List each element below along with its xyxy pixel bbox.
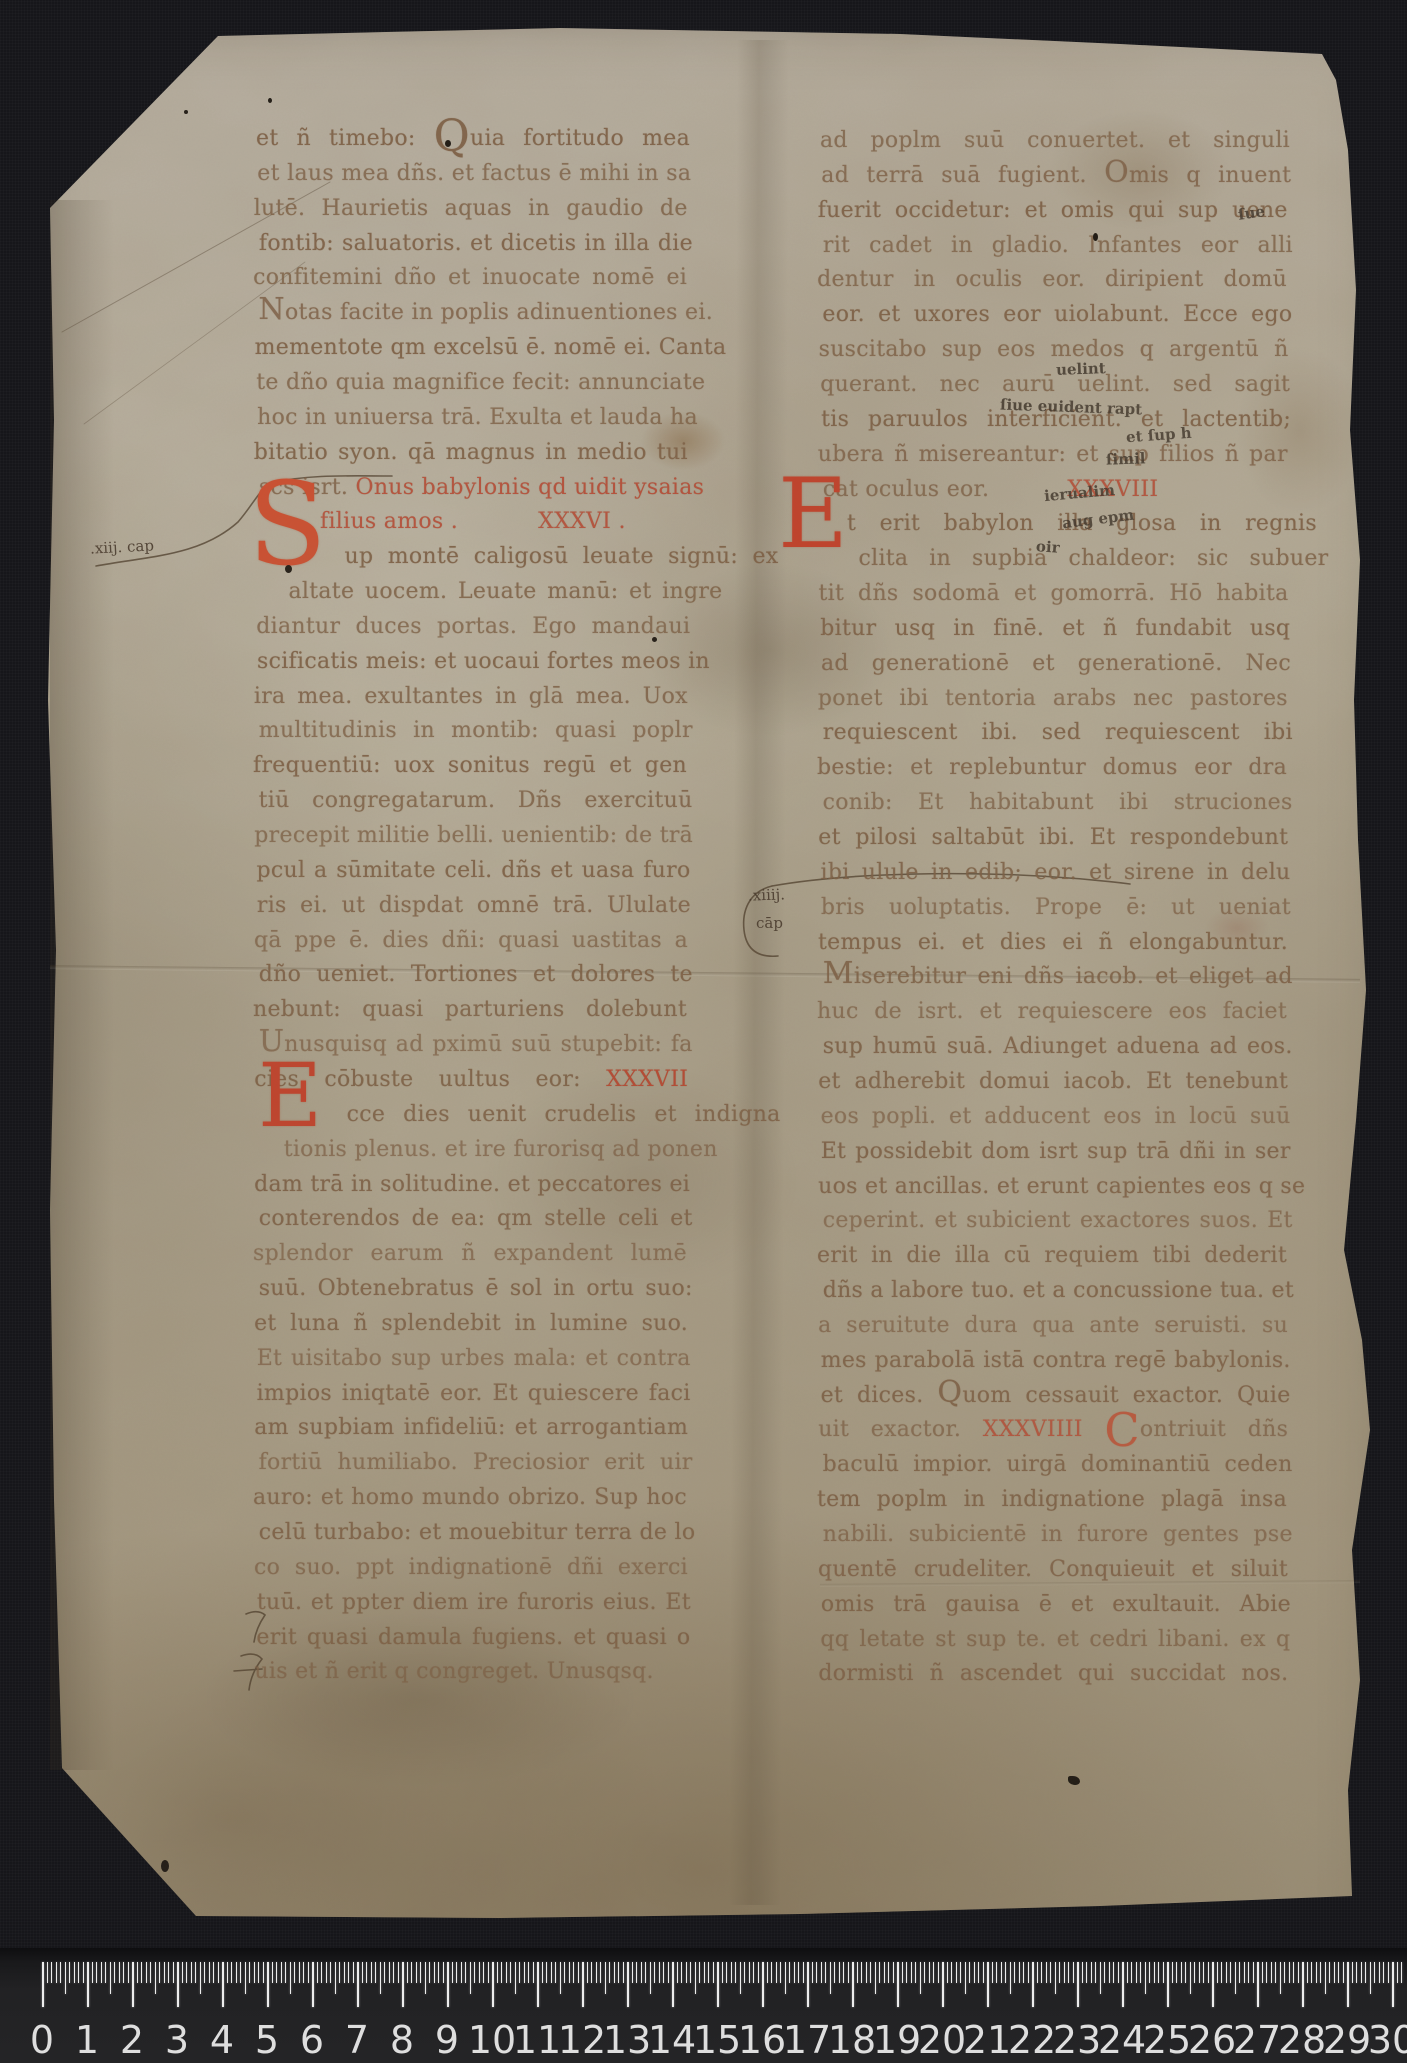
ruler-tick bbox=[1248, 1962, 1249, 1983]
ruler-number: 27 bbox=[1233, 2018, 1281, 2062]
ink-text: dam trā in solitudine. et peccatores ei bbox=[254, 1172, 690, 1197]
ruler-tick bbox=[357, 1962, 359, 2007]
ruler-tick bbox=[42, 1962, 44, 2007]
ruler-tick bbox=[596, 1962, 597, 1983]
ruler-tick bbox=[200, 1962, 202, 1994]
text-line: dentur in oculis eor. diripient domū bbox=[817, 262, 1287, 297]
ruler-tick bbox=[875, 1962, 877, 1994]
ink-text: diantur duces portas. Ego mandaui bbox=[256, 614, 690, 639]
ink-text: mes parabolā istā contra regē babylonis. bbox=[821, 1348, 1291, 1373]
ruler-number: 24 bbox=[1098, 2018, 1146, 2062]
ruler-number: 25 bbox=[1143, 2018, 1191, 2062]
ruler-tick bbox=[191, 1962, 192, 1983]
ruler-tick bbox=[141, 1962, 142, 1983]
ruler-tick bbox=[1212, 1962, 1214, 2007]
text-line: eor. et uxores eor uiolabunt. Ecce ego bbox=[822, 297, 1292, 332]
hole-in-edge bbox=[161, 1860, 169, 1872]
ruler-tick bbox=[510, 1962, 511, 1983]
ruler-tick bbox=[663, 1962, 664, 1983]
ruler-number: 22 bbox=[1008, 2018, 1056, 2062]
ruler-tick bbox=[339, 1962, 340, 1983]
ruler-tick bbox=[1167, 1962, 1169, 2007]
ruler-tick bbox=[393, 1962, 394, 1983]
ruler-tick bbox=[398, 1962, 399, 1983]
text-line: uis et ñ erit q congreget. Unusqsq. bbox=[254, 1654, 688, 1689]
ruler-tick bbox=[1311, 1962, 1312, 1983]
ruler-tick bbox=[110, 1962, 112, 1994]
ruler-tick bbox=[407, 1962, 408, 1983]
ruler-tick bbox=[798, 1962, 799, 1983]
ruler-tick bbox=[420, 1962, 421, 1983]
ruler-tick bbox=[150, 1962, 151, 1983]
ruler-tick bbox=[312, 1962, 314, 2007]
manuscript-text-layer: et ñ timebo: Quia fortitudo meaet laus m… bbox=[0, 0, 1407, 2063]
ruler-tick bbox=[911, 1962, 912, 1983]
ruler-tick bbox=[546, 1962, 547, 1983]
ruler-tick bbox=[708, 1962, 709, 1983]
ruler-tick bbox=[686, 1962, 687, 1983]
ink-text: suscitabo sup eos medos q argentū ñ bbox=[819, 337, 1289, 362]
ruler-tick bbox=[861, 1962, 862, 1983]
ink-text: qq letate st sup te. et cedri libani. ex… bbox=[820, 1627, 1290, 1652]
ruler-tick bbox=[1284, 1962, 1285, 1983]
ink-text: clita in supbia chaldeor: sic subuer bbox=[859, 546, 1329, 571]
text-line: et ñ timebo: Quia fortitudo mea bbox=[256, 121, 690, 156]
ruler-tick bbox=[272, 1962, 273, 1983]
ruler-tick bbox=[627, 1962, 629, 2007]
text-line: ibi ulule in edib; eor. et sirene in del… bbox=[821, 855, 1291, 890]
text-line: suū. Obtenebratus ē sol in ortu suo: bbox=[259, 1271, 693, 1306]
ruler-tick bbox=[996, 1962, 997, 1983]
ink-text: rit cadet in gladio. Infantes eor alli bbox=[823, 233, 1293, 258]
ruler-tick bbox=[65, 1962, 67, 1994]
ink-text: fontib: saluatoris. et dicetis in illa d… bbox=[259, 231, 693, 256]
ruler-tick bbox=[1370, 1962, 1372, 1994]
marginal-gloss: ſue bbox=[1237, 202, 1266, 224]
ruler-tick bbox=[1086, 1962, 1087, 1983]
text-line: tempus ei. et dies ei ñ elongabuntur. bbox=[818, 925, 1288, 960]
text-line: filius amos .XXXVI . bbox=[253, 504, 754, 539]
ruler-tick bbox=[623, 1962, 624, 1983]
ruler-tick bbox=[303, 1962, 304, 1983]
text-line: a seruitute dura qua ante seruisti. su bbox=[818, 1308, 1288, 1343]
text-line: dormisti ñ ascendet qui succidat nos. bbox=[818, 1656, 1288, 1691]
ink-text: querant. nec aurū uelint. sed sagit bbox=[820, 372, 1290, 397]
text-line: et luna ñ splendebit in lumine suo. bbox=[254, 1306, 688, 1341]
ruler-tick bbox=[717, 1962, 719, 2007]
ruler-tick bbox=[60, 1962, 61, 1983]
ruler-tick bbox=[1334, 1962, 1335, 1983]
ruler-tick bbox=[857, 1962, 858, 1983]
ruler-tick bbox=[1217, 1962, 1218, 1983]
ruler-tick bbox=[51, 1962, 52, 1983]
text-line: mes parabolā istā contra regē babylonis. bbox=[821, 1343, 1291, 1378]
text-line: et adherebit domui iacob. Et tenebunt bbox=[818, 1064, 1288, 1099]
ruler-tick bbox=[1275, 1962, 1276, 1983]
ruler-tick bbox=[1244, 1962, 1245, 1983]
ink-text: otas facite in poplis adinuentiones ei. bbox=[285, 300, 713, 325]
ink-text: erit in die illa cū requiem tibi dederit bbox=[817, 1243, 1287, 1268]
ruler-tick bbox=[699, 1962, 700, 1983]
text-line: te dño quia magnifice fecit: annunciate bbox=[256, 365, 690, 400]
ruler-tick bbox=[591, 1962, 592, 1983]
ruler-tick bbox=[330, 1962, 331, 1983]
ruler-tick bbox=[780, 1962, 781, 1983]
ink-text: celū turbabo: et mouebitur terra de lo bbox=[259, 1520, 696, 1545]
ruler-tick bbox=[1073, 1962, 1074, 1983]
text-line: splendor earum ñ expandent lumē bbox=[253, 1236, 687, 1271]
ink-text: auro: et homo mundo obrizo. Sup hoc bbox=[253, 1485, 687, 1510]
ruler-tick bbox=[1122, 1962, 1124, 2007]
ruler-tick bbox=[987, 1962, 989, 2007]
ruler-tick bbox=[618, 1962, 619, 1983]
ruler-tick bbox=[1118, 1962, 1119, 1983]
ink-text: nabili. subicientē in furore gentes pse bbox=[823, 1522, 1293, 1547]
marginal-gloss: ſimil bbox=[1106, 449, 1146, 468]
ink-text: omis trā gauisa ē et exultauit. Abie bbox=[821, 1592, 1291, 1617]
text-line: baculū impior. uirgā dominantiū ceden bbox=[823, 1447, 1293, 1482]
ruler-tick bbox=[353, 1962, 354, 1983]
ink-text: fuerit occidetur: et omis qui sup uene bbox=[818, 198, 1288, 223]
dark-mark-bottom bbox=[1068, 1776, 1080, 1785]
ruler-tick bbox=[461, 1962, 462, 1983]
ruler-tick bbox=[1176, 1962, 1177, 1983]
ruler-number: 12 bbox=[558, 2018, 606, 2062]
ruler-tick bbox=[1347, 1962, 1349, 2007]
ruler-tick bbox=[308, 1962, 309, 1983]
ruler-tick bbox=[1235, 1962, 1237, 1994]
text-line: bris uoluptatis. Prope ē: ut ueniat bbox=[821, 890, 1291, 925]
ruler-tick bbox=[1041, 1962, 1042, 1983]
ruler-tick bbox=[816, 1962, 817, 1983]
ruler-tick bbox=[447, 1962, 449, 2007]
ruler-tick bbox=[222, 1962, 224, 2007]
ruler-number: 10 bbox=[468, 2018, 516, 2062]
ruler-tick bbox=[1136, 1962, 1137, 1983]
ink-text: tionis plenus. et ire furorisq ad ponen bbox=[284, 1137, 718, 1162]
ruler-number: 15 bbox=[693, 2018, 741, 2062]
ruler-tick bbox=[1032, 1962, 1034, 2007]
ruler-tick bbox=[636, 1962, 637, 1983]
ruler-tick bbox=[1401, 1962, 1402, 1983]
text-line: qā ppe ē. dies dñi: quasi uastitas a bbox=[254, 923, 688, 958]
ruler-tick bbox=[276, 1962, 277, 1983]
ruler-tick bbox=[317, 1962, 318, 1983]
ruler-tick bbox=[564, 1962, 565, 1983]
ruler-number: 20 bbox=[918, 2018, 966, 2062]
ink-text: ibi ulule in edib; eor. et sirene in del… bbox=[821, 860, 1291, 885]
ink-text: dñs a labore tuo. et a concussione tua. … bbox=[823, 1278, 1294, 1303]
ruler-tick bbox=[645, 1962, 646, 1983]
ruler-tick bbox=[762, 1962, 764, 2007]
ruler-tick bbox=[551, 1962, 552, 1983]
ink-text: tem poplm in indignatione plagā insa bbox=[817, 1487, 1287, 1512]
ruler-tick bbox=[668, 1962, 669, 1983]
text-line: lutē. Haurietis aquas in gaudio de bbox=[254, 191, 688, 226]
ink-text: et pilosi saltabūt ibi. Et respondebunt bbox=[818, 825, 1288, 850]
ruler-tick bbox=[1172, 1962, 1173, 1983]
ruler-tick bbox=[1266, 1962, 1267, 1983]
ruler-number: 1 bbox=[75, 2018, 99, 2062]
ruler-tick bbox=[1050, 1962, 1051, 1983]
ruler-tick bbox=[501, 1962, 502, 1983]
ink-text: multitudinis in montib: quasi poplr bbox=[259, 718, 693, 743]
ruler-tick bbox=[335, 1962, 337, 1994]
text-line: Et possidebit dom isrt sup trā dñi in se… bbox=[821, 1134, 1291, 1169]
ruler-tick bbox=[1095, 1962, 1096, 1983]
ruler-tick bbox=[186, 1962, 187, 1983]
text-line: impios iniqtatē eor. Et quiescere faci bbox=[257, 1376, 691, 1411]
ruler-tick bbox=[726, 1962, 727, 1983]
ruler-tick bbox=[821, 1962, 822, 1983]
ruler-tick bbox=[866, 1962, 867, 1983]
text-line: cce dies uenit crudelis et indigna bbox=[257, 1097, 781, 1132]
ruler-tick bbox=[375, 1962, 376, 1983]
ruler-tick bbox=[1221, 1962, 1222, 1983]
text-line: precepit militie belli. uenientib: de tr… bbox=[254, 818, 688, 853]
ink-text: cce dies uenit crudelis et indigna bbox=[347, 1102, 781, 1127]
ruler-tick bbox=[537, 1962, 539, 2007]
ink-text: mis q inuent bbox=[1129, 163, 1291, 188]
ruler-tick bbox=[1154, 1962, 1155, 1983]
ruler-tick bbox=[906, 1962, 907, 1983]
ink-text: requiescent ibi. sed requiescent ibi bbox=[823, 720, 1293, 745]
ink-text: fortiū humiliabo. Preciosior erit uir bbox=[259, 1450, 693, 1475]
ruler-tick bbox=[902, 1962, 903, 1983]
ruler-tick bbox=[204, 1962, 205, 1983]
illuminated-initial-e: E bbox=[778, 466, 848, 562]
ruler-tick bbox=[897, 1962, 899, 2007]
ruler-number: 3 bbox=[165, 2018, 189, 2062]
ruler-tick bbox=[119, 1962, 120, 1983]
text-line: tem poplm in indignatione plagā insa bbox=[817, 1482, 1287, 1517]
ruler-tick bbox=[1316, 1962, 1317, 1983]
ink-text: ponet ibi tentoria arabs nec pastores bbox=[818, 686, 1288, 711]
ruler-tick bbox=[155, 1962, 157, 1994]
ruler-tick bbox=[789, 1962, 790, 1983]
ruler-tick bbox=[807, 1962, 809, 2007]
ruler-tick bbox=[947, 1962, 948, 1983]
ruler-tick bbox=[402, 1962, 404, 2007]
text-line: nebunt: quasi parturiens dolebunt bbox=[253, 992, 687, 1027]
ink-text: splendor earum ñ expandent lumē bbox=[253, 1241, 687, 1266]
ruler-tick bbox=[969, 1962, 970, 1983]
ruler-tick bbox=[83, 1962, 84, 1983]
ink-speck bbox=[652, 637, 657, 642]
ruler-tick bbox=[1338, 1962, 1339, 1983]
ink-text: conib: Et habitabunt ibi struciones bbox=[823, 790, 1293, 815]
text-line: co suo. ppt indignationē dñi exerci bbox=[254, 1550, 688, 1585]
ink-text: conterendos de ea: qm stelle celi et bbox=[259, 1206, 693, 1231]
ruler-tick bbox=[695, 1962, 697, 1994]
ruler-tick bbox=[263, 1962, 264, 1983]
text-line: celū turbabo: et mouebitur terra de lo bbox=[259, 1515, 693, 1550]
ruler-tick bbox=[803, 1962, 804, 1983]
ruler-tick bbox=[1001, 1962, 1002, 1983]
ruler-tick bbox=[1325, 1962, 1327, 1994]
ink-text: nebunt: quasi parturiens dolebunt bbox=[253, 997, 687, 1022]
ruler-tick bbox=[258, 1962, 259, 1983]
ruler-tick bbox=[659, 1962, 660, 1983]
ruler-tick bbox=[411, 1962, 412, 1983]
marginal-gloss: oir bbox=[1035, 537, 1060, 557]
ruler-tick bbox=[78, 1962, 79, 1983]
ruler-tick bbox=[56, 1962, 57, 1983]
text-line: dam trā in solitudine. et peccatores ei bbox=[254, 1167, 688, 1202]
ruler-tick bbox=[1361, 1962, 1362, 1983]
text-line: Notas facite in poplis adinuentiones ei. bbox=[258, 295, 692, 330]
ruler-tick bbox=[852, 1962, 854, 2007]
ink-text: iserebitur eni dñs iacob. et eliget ad bbox=[854, 964, 1293, 989]
ruler-tick bbox=[533, 1962, 534, 1983]
text-line: fortiū humiliabo. Preciosior erit uir bbox=[259, 1445, 693, 1480]
ink-text: uia fortitudo mea bbox=[470, 126, 690, 151]
marginal-gloss: uelint bbox=[1056, 359, 1106, 379]
ink-text: nusquisq ad pximū suū stupebit: fa bbox=[284, 1032, 692, 1057]
ink-text: te dño quia magnifice fecit: annunciate bbox=[256, 370, 705, 395]
ink-text: bestie: et replebuntur domus eor dra bbox=[817, 755, 1287, 780]
ink-text: quentē crudeliter. Conquieuit et siluit bbox=[818, 1557, 1288, 1582]
ruler-number: 21 bbox=[963, 2018, 1011, 2062]
ruler-number: 29 bbox=[1323, 2018, 1371, 2062]
ruler-tick bbox=[1163, 1962, 1164, 1983]
text-line: omis trā gauisa ē et exultauit. Abie bbox=[821, 1587, 1291, 1622]
chapter-marginal-note: cāp bbox=[756, 914, 783, 932]
ruler-tick bbox=[344, 1962, 345, 1983]
ruler-tick bbox=[956, 1962, 957, 1983]
ruler-tick bbox=[465, 1962, 466, 1983]
ink-text: eor. et uxores eor uiolabunt. Ecce ego bbox=[822, 302, 1292, 327]
ink-text: Et possidebit dom isrt sup trā dñi in se… bbox=[821, 1139, 1291, 1164]
ruler-tick bbox=[69, 1962, 70, 1983]
ruler-tick bbox=[1230, 1962, 1231, 1983]
ruler-number: 0 bbox=[30, 2018, 54, 2062]
ruler-tick bbox=[362, 1962, 363, 1983]
ruler-tick bbox=[137, 1962, 138, 1983]
ruler-tick bbox=[677, 1962, 678, 1983]
ruler-tick bbox=[105, 1962, 106, 1983]
text-line: tit dñs sodomā et gomorrā. Hō habita bbox=[819, 576, 1289, 611]
ruler-tick bbox=[231, 1962, 232, 1983]
ruler-tick bbox=[614, 1962, 615, 1983]
ruler-tick bbox=[672, 1962, 674, 2007]
text-line: rit cadet in gladio. Infantes eor alli bbox=[823, 228, 1293, 263]
text-line: multitudinis in montib: quasi poplr bbox=[259, 713, 693, 748]
ruler-tick bbox=[1158, 1962, 1159, 1983]
ink-text: N bbox=[258, 292, 285, 327]
ruler-tick bbox=[704, 1962, 705, 1983]
ink-text: sup humū suā. Adiunget aduena ad eos. bbox=[823, 1034, 1293, 1059]
ruler-tick bbox=[479, 1962, 480, 1983]
ruler-tick bbox=[1064, 1962, 1065, 1983]
ruler-tick bbox=[933, 1962, 934, 1983]
text-line: ira mea. exultantes in glā mea. Uox bbox=[254, 679, 688, 714]
ruler-tick bbox=[294, 1962, 295, 1983]
ink-text: impios iniqtatē eor. Et quiescere faci bbox=[257, 1381, 691, 1406]
text-line: eos popli. et adducent eos in locū suū bbox=[821, 1099, 1291, 1134]
ruler-tick bbox=[227, 1962, 228, 1983]
ruler-tick bbox=[182, 1962, 183, 1983]
ruler-tick bbox=[1082, 1962, 1083, 1983]
text-line: quentē crudeliter. Conquieuit et siluit bbox=[818, 1552, 1288, 1587]
ruler-tick bbox=[1397, 1962, 1398, 1983]
ruler-tick bbox=[474, 1962, 475, 1983]
ink-text: bris uoluptatis. Prope ē: ut ueniat bbox=[821, 895, 1291, 920]
ruler-tick bbox=[87, 1962, 89, 2007]
text-line: ris ei. ut dispdat omnē trā. Ululate bbox=[257, 888, 691, 923]
ruler-tick bbox=[348, 1962, 349, 1983]
ink-text: et dices. bbox=[821, 1383, 938, 1408]
ruler-tick bbox=[1109, 1962, 1110, 1983]
ruler-tick bbox=[443, 1962, 444, 1983]
ruler-number: 8 bbox=[390, 2018, 414, 2062]
chapter-marginal-note: .xiiij. bbox=[748, 885, 786, 904]
ruler-tick bbox=[506, 1962, 507, 1983]
ruler-tick bbox=[173, 1962, 174, 1983]
ruler-number: 26 bbox=[1188, 2018, 1236, 2062]
ruler-tick bbox=[1059, 1962, 1060, 1983]
chapter-marginal-note: .xiij. cap bbox=[90, 536, 155, 557]
text-line: et dices. Quom cessauit exactor. Quie bbox=[821, 1378, 1291, 1413]
ink-text: tit dñs sodomā et gomorrā. Hō habita bbox=[819, 581, 1289, 606]
ruler-tick bbox=[992, 1962, 993, 1983]
ruler-tick bbox=[573, 1962, 574, 1983]
ruler-tick bbox=[1262, 1962, 1263, 1983]
ruler-tick bbox=[1352, 1962, 1353, 1983]
ink-text: precepit militie belli. uenientib: de tr… bbox=[254, 823, 693, 848]
ruler-tick bbox=[249, 1962, 250, 1983]
ruler-number: 28 bbox=[1278, 2018, 1326, 2062]
ruler-tick bbox=[924, 1962, 925, 1983]
ruler-tick bbox=[425, 1962, 427, 1994]
ink-text: co suo. ppt indignationē dñi exerci bbox=[254, 1555, 688, 1580]
text-line: mementote qm excelsū ē. nomē ei. Canta bbox=[255, 330, 689, 365]
text-line: dño ueniet. Tortiones et dolores te bbox=[259, 957, 693, 992]
ruler-tick bbox=[1055, 1962, 1057, 1994]
ruler-tick bbox=[1280, 1962, 1282, 1994]
ruler-tick bbox=[1131, 1962, 1132, 1983]
ink-text: tuū. et ppter diem ire furoris eius. Et bbox=[257, 1590, 691, 1615]
ruler-tick bbox=[384, 1962, 385, 1983]
ruler-tick bbox=[758, 1962, 759, 1983]
ink-text: ris ei. ut dispdat omnē trā. Ululate bbox=[257, 893, 691, 918]
ruler-tick bbox=[1185, 1962, 1186, 1983]
ink-text: pcul a sūmitate celi. dñs et uasa furo bbox=[257, 858, 691, 883]
ruler-tick bbox=[1203, 1962, 1204, 1983]
ruler-number: 17 bbox=[783, 2018, 831, 2062]
ruler-tick bbox=[744, 1962, 745, 1983]
rubric-red-text: XXXVIIII bbox=[983, 1417, 1105, 1442]
ruler-tick bbox=[488, 1962, 489, 1983]
ink-text: scificatis meis: et uocaui fortes meos i… bbox=[257, 649, 710, 674]
ruler-tick bbox=[1271, 1962, 1272, 1983]
ruler-tick bbox=[794, 1962, 795, 1983]
ink-text: bitur usq in finē. et ñ fundabit usq bbox=[820, 616, 1290, 641]
ruler-tick bbox=[1289, 1962, 1290, 1983]
ruler-tick bbox=[771, 1962, 772, 1983]
ink-text: a seruitute dura qua ante seruisti. su bbox=[818, 1313, 1288, 1338]
ruler-tick bbox=[1293, 1962, 1294, 1983]
ruler-tick bbox=[168, 1962, 169, 1983]
ruler-tick bbox=[1190, 1962, 1192, 1994]
ruler-tick bbox=[749, 1962, 750, 1983]
text-line: qq letate st sup te. et cedri libani. ex… bbox=[820, 1622, 1290, 1657]
ruler-number: 13 bbox=[603, 2018, 651, 2062]
ruler-tick bbox=[159, 1962, 160, 1983]
ruler-tick bbox=[240, 1962, 241, 1983]
ruler-tick bbox=[731, 1962, 732, 1983]
text-line: requiescent ibi. sed requiescent ibi bbox=[823, 715, 1293, 750]
